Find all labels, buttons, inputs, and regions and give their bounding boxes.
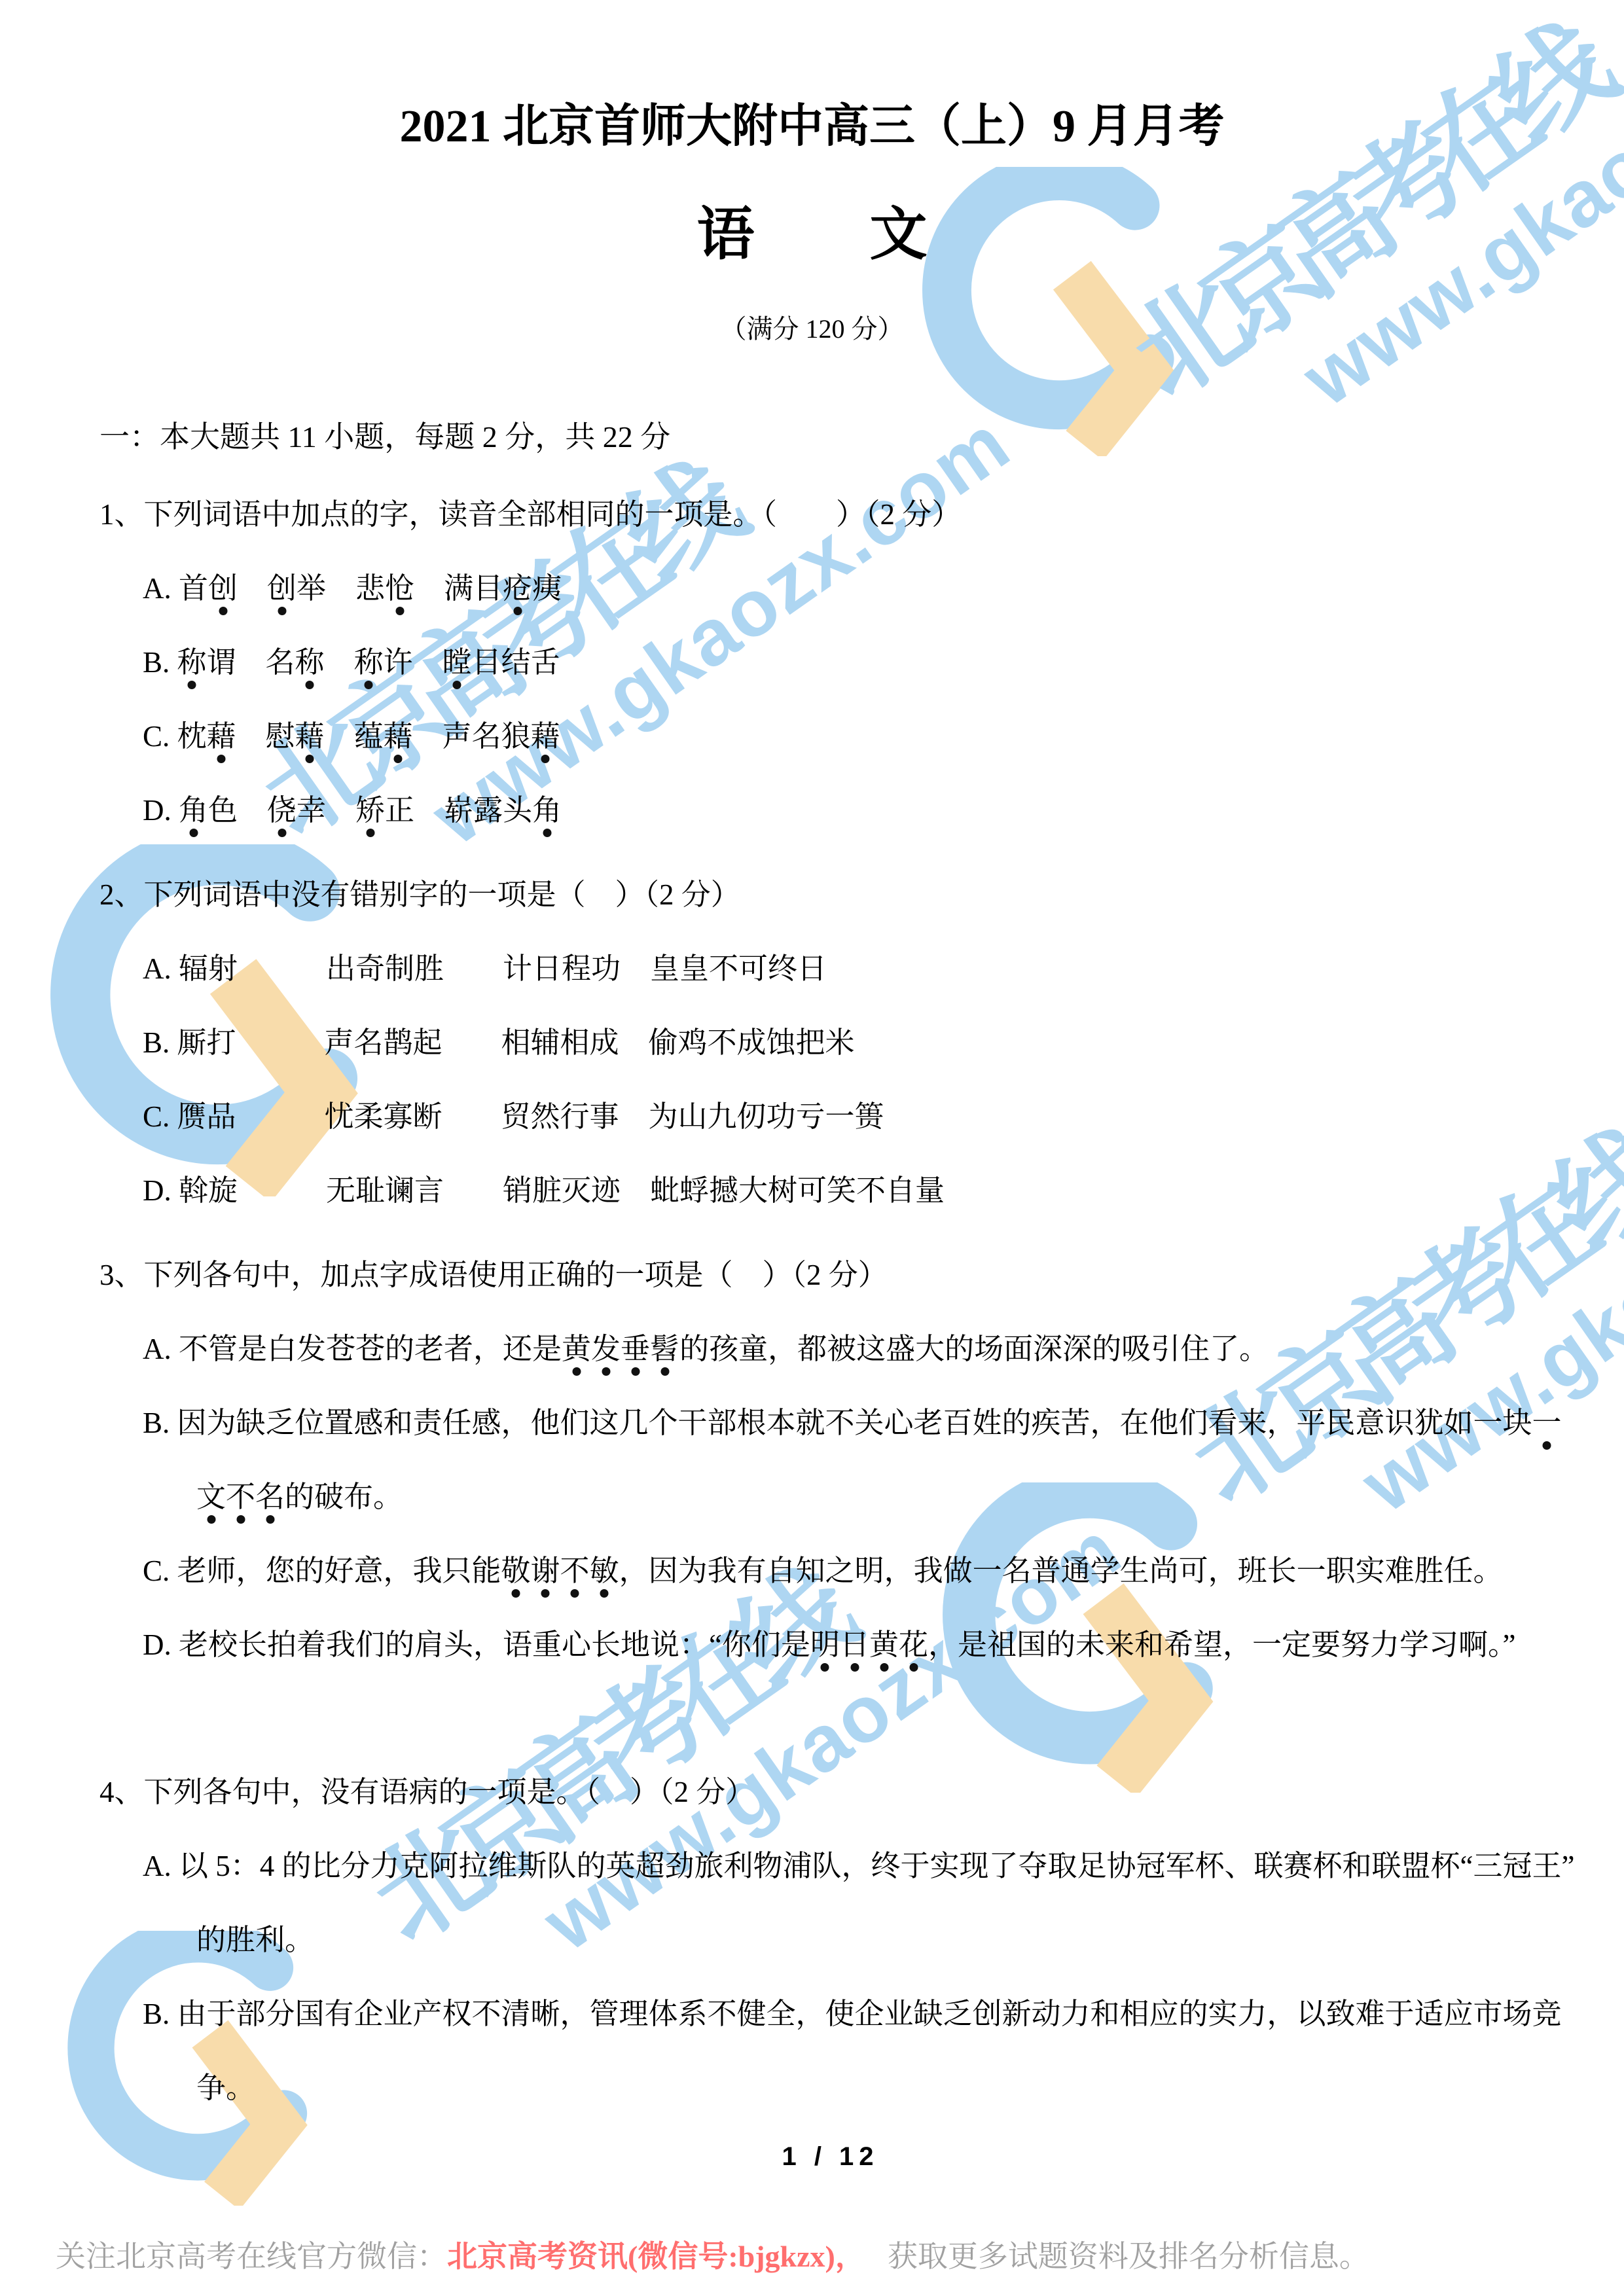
- footer-wechat-highlight: 北京高考资讯(微信号:bjgkzx)，: [447, 2240, 865, 2273]
- text-line-opt: B. 称谓 名称 称许 瞠目结舌: [99, 626, 1561, 700]
- text-line-opt: B. 由于部分国有企业产权不清晰，管理体系不健全，使企业缺乏创新动力和相应的实力…: [99, 1977, 1561, 2051]
- text-line-cont: 争。: [99, 2051, 1561, 2125]
- text-line-opt: C. 赝品 忧柔寡断 贸然行事 为山九仞功亏一篑: [99, 1080, 1561, 1154]
- emphasized-char: 花: [899, 1628, 928, 1661]
- text-run: C. 赝品 忧柔寡断 贸然行事 为山九仞功亏一篑: [143, 1100, 884, 1133]
- text-run: B. 因为缺乏位置感和责任感，他们这几个干部根本就不关心老百姓的疾苦，在他们看来…: [143, 1407, 1532, 1439]
- text-run: A. 以 5：4 的比分力克阿拉维斯队的英超劲旅利物浦队，终于实现了夺取足协冠军…: [143, 1850, 1574, 1882]
- text-line-opt: D. 斡旋 无耻谰言 销脏灭迹 蚍蜉撼大树可笑不自量: [99, 1154, 1561, 1228]
- emphasized-char: 明: [810, 1628, 840, 1661]
- text-run: 蕴: [325, 720, 384, 753]
- text-run: 4、下列各句中，没有语病的一项是。（ ）（2 分）: [99, 1776, 755, 1808]
- emphasized-char: 不: [226, 1480, 255, 1513]
- emphasized-char: 文: [196, 1480, 226, 1513]
- text-run: B. 由于部分国有企业产权不清晰，管理体系不健全，使企业缺乏创新动力和相应的实力…: [143, 1998, 1562, 2030]
- emphasized-char: 角: [179, 794, 208, 827]
- emphasized-char: 发: [591, 1333, 621, 1365]
- text-run: 谓 名: [207, 646, 295, 679]
- text-run: 的破布。: [285, 1480, 403, 1513]
- text-run: B. 厮打 声名鹊起 相辅相成 偷鸡不成蚀把米: [143, 1026, 855, 1059]
- text-line-stem: 3、下列各句中，加点字成语使用正确的一项是（ ）（2 分）: [99, 1238, 1561, 1312]
- text-run: 的孩童，都被这盛大的场面深深的吸引住了。: [679, 1333, 1269, 1365]
- emphasized-char: 黄: [869, 1628, 899, 1661]
- exam-title: 2021 北京首师大附中高三（上）9 月月考: [0, 97, 1624, 157]
- emphasized-char: 谢: [531, 1554, 560, 1587]
- emphasized-char: 名: [255, 1480, 285, 1513]
- emphasized-char: 疮: [503, 572, 532, 605]
- footer-note: 关注北京高考在线官方微信：北京高考资讯(微信号:bjgkzx)，获取更多试题资料…: [56, 2238, 1598, 2275]
- text-run: D.: [143, 794, 179, 827]
- page-number: 1 / 12: [99, 2125, 1561, 2188]
- text-run: 目结舌: [472, 646, 560, 679]
- text-line-opt: C. 枕藉 慰藉 蕴藉 声名狼藉: [99, 700, 1561, 774]
- emphasized-char: 藉: [295, 720, 325, 753]
- text-line-opt: A. 首创 创举 悲怆 满目疮痍: [99, 552, 1561, 626]
- text-run: 声名狼: [413, 720, 531, 753]
- text-run: ，因为我有自知之明，我做一名普通学生尚可，班长一职实难胜任。: [619, 1554, 1503, 1587]
- text-run: B.: [143, 646, 177, 679]
- emphasized-char: 矫: [355, 794, 385, 827]
- text-run: 正 崭露头: [385, 794, 532, 827]
- footer-suffix: 获取更多试题资料及排名分析信息。: [888, 2240, 1369, 2273]
- emphasized-char: 黄: [562, 1333, 591, 1365]
- emphasized-char: 称: [295, 646, 325, 679]
- text-line-opt: B. 厮打 声名鹊起 相辅相成 偷鸡不成蚀把米: [99, 1006, 1561, 1080]
- exam-content: 2021 北京首师大附中高三（上）9 月月考 语 文 （满分 120 分） 一：…: [0, 97, 1624, 2188]
- emphasized-char: 怆: [385, 572, 414, 605]
- emphasized-char: 藉: [207, 720, 236, 753]
- emphasized-char: 不: [560, 1554, 590, 1587]
- text-run: C. 老师，您的好意，我只能: [143, 1554, 501, 1587]
- emphasized-char: 垂: [621, 1333, 650, 1365]
- text-run: D. 老校长拍着我们的肩头，语重心长地说：“你们是: [143, 1628, 810, 1661]
- text-run: 慰: [236, 720, 295, 753]
- questions: 1、下列词语中加点的字，读音全部相同的一项是。（ ）（2 分）A. 首创 创举 …: [99, 478, 1561, 2125]
- text-run: 色: [208, 794, 267, 827]
- text-run: A. 辐射 出奇制胜 计日程功 皇皇不可终日: [143, 952, 827, 985]
- text-run: 幸: [297, 794, 355, 827]
- question-4: 4、下列各句中，没有语病的一项是。（ ）（2 分）A. 以 5：4 的比分力克阿…: [99, 1755, 1561, 2125]
- emphasized-char: 瞠: [442, 646, 472, 679]
- emphasized-char: 藉: [531, 720, 560, 753]
- text-run: C. 枕: [143, 720, 207, 753]
- exam-paper-page: 北京高考在线 www.gkaozx.com 北京高考在线 www.gkaozx.…: [0, 0, 1624, 2296]
- section-heading: 一：本大题共 11 小题，每题 2 分，共 22 分: [99, 407, 1561, 467]
- text-run: 的胜利。: [196, 1924, 314, 1956]
- text-run: D. 斡旋 无耻谰言 销脏灭迹 蚍蜉撼大树可笑不自量: [143, 1174, 945, 1207]
- text-line-stem: 2、下列词语中没有错别字的一项是（ ）（2 分）: [99, 858, 1561, 932]
- footer-prefix: 关注北京高考在线官方微信：: [56, 2240, 447, 2273]
- text-run: 满目: [414, 572, 503, 605]
- text-run: A. 不管是白发苍苍的老者，还是: [143, 1333, 562, 1365]
- emphasized-char: 藉: [384, 720, 413, 753]
- text-run: A. 首: [143, 572, 208, 605]
- emphasized-char: 日: [840, 1628, 869, 1661]
- emphasized-char: 侥: [267, 794, 297, 827]
- text-run: [238, 572, 267, 605]
- text-line-stem: 1、下列词语中加点的字，读音全部相同的一项是。（ ）（2 分）: [99, 478, 1561, 552]
- question-2: 2、下列词语中没有错别字的一项是（ ）（2 分）A. 辐射 出奇制胜 计日程功 …: [99, 858, 1561, 1228]
- text-run: 争。: [196, 2072, 255, 2104]
- emphasized-char: 髫: [650, 1333, 679, 1365]
- text-run: 许: [384, 646, 442, 679]
- question-3: 3、下列各句中，加点字成语使用正确的一项是（ ）（2 分）A. 不管是白发苍苍的…: [99, 1238, 1561, 1682]
- text-line-cont: 的胜利。: [99, 1903, 1561, 1977]
- emphasized-char: 创: [208, 572, 238, 605]
- text-line-opt: A. 辐射 出奇制胜 计日程功 皇皇不可终日: [99, 932, 1561, 1006]
- text-line-opt: C. 老师，您的好意，我只能敬谢不敏，因为我有自知之明，我做一名普通学生尚可，班…: [99, 1534, 1561, 1608]
- text-line-opt: B. 因为缺乏位置感和责任感，他们这几个干部根本就不关心老百姓的疾苦，在他们看来…: [99, 1386, 1561, 1460]
- text-run: 3、下列各句中，加点字成语使用正确的一项是（ ）（2 分）: [99, 1259, 888, 1291]
- total-score-note: （满分 120 分）: [0, 309, 1624, 350]
- text-run: [325, 646, 354, 679]
- question-1: 1、下列词语中加点的字，读音全部相同的一项是。（ ）（2 分）A. 首创 创举 …: [99, 478, 1561, 848]
- emphasized-char: 敏: [590, 1554, 619, 1587]
- text-line-opt: A. 不管是白发苍苍的老者，还是黄发垂髫的孩童，都被这盛大的场面深深的吸引住了。: [99, 1312, 1561, 1386]
- text-line-opt: D. 角色 侥幸 矫正 崭露头角: [99, 774, 1561, 848]
- text-line-stem: 4、下列各句中，没有语病的一项是。（ ）（2 分）: [99, 1755, 1561, 1829]
- text-line-opt: A. 以 5：4 的比分力克阿拉维斯队的英超劲旅利物浦队，终于实现了夺取足协冠军…: [99, 1829, 1561, 1903]
- text-run: 痍: [532, 572, 562, 605]
- emphasized-char: 称: [177, 646, 207, 679]
- text-line-cont: 文不名的破布。: [99, 1460, 1561, 1534]
- emphasized-char: 一: [1532, 1407, 1562, 1439]
- emphasized-char: 称: [354, 646, 384, 679]
- emphasized-char: 创: [267, 572, 297, 605]
- text-run: ，是祖国的未来和希望，一定要努力学习啊。”: [928, 1628, 1515, 1661]
- text-run: 1、下列词语中加点的字，读音全部相同的一项是。（ ）（2 分）: [99, 498, 961, 531]
- emphasized-char: 角: [532, 794, 562, 827]
- text-run: 2、下列词语中没有错别字的一项是（ ）（2 分）: [99, 878, 740, 911]
- text-line-opt: D. 老校长拍着我们的肩头，语重心长地说：“你们是明日黄花，是祖国的未来和希望，…: [99, 1608, 1561, 1682]
- exam-subject: 语 文: [0, 199, 1624, 272]
- text-run: 举 悲: [297, 572, 385, 605]
- emphasized-char: 敬: [501, 1554, 531, 1587]
